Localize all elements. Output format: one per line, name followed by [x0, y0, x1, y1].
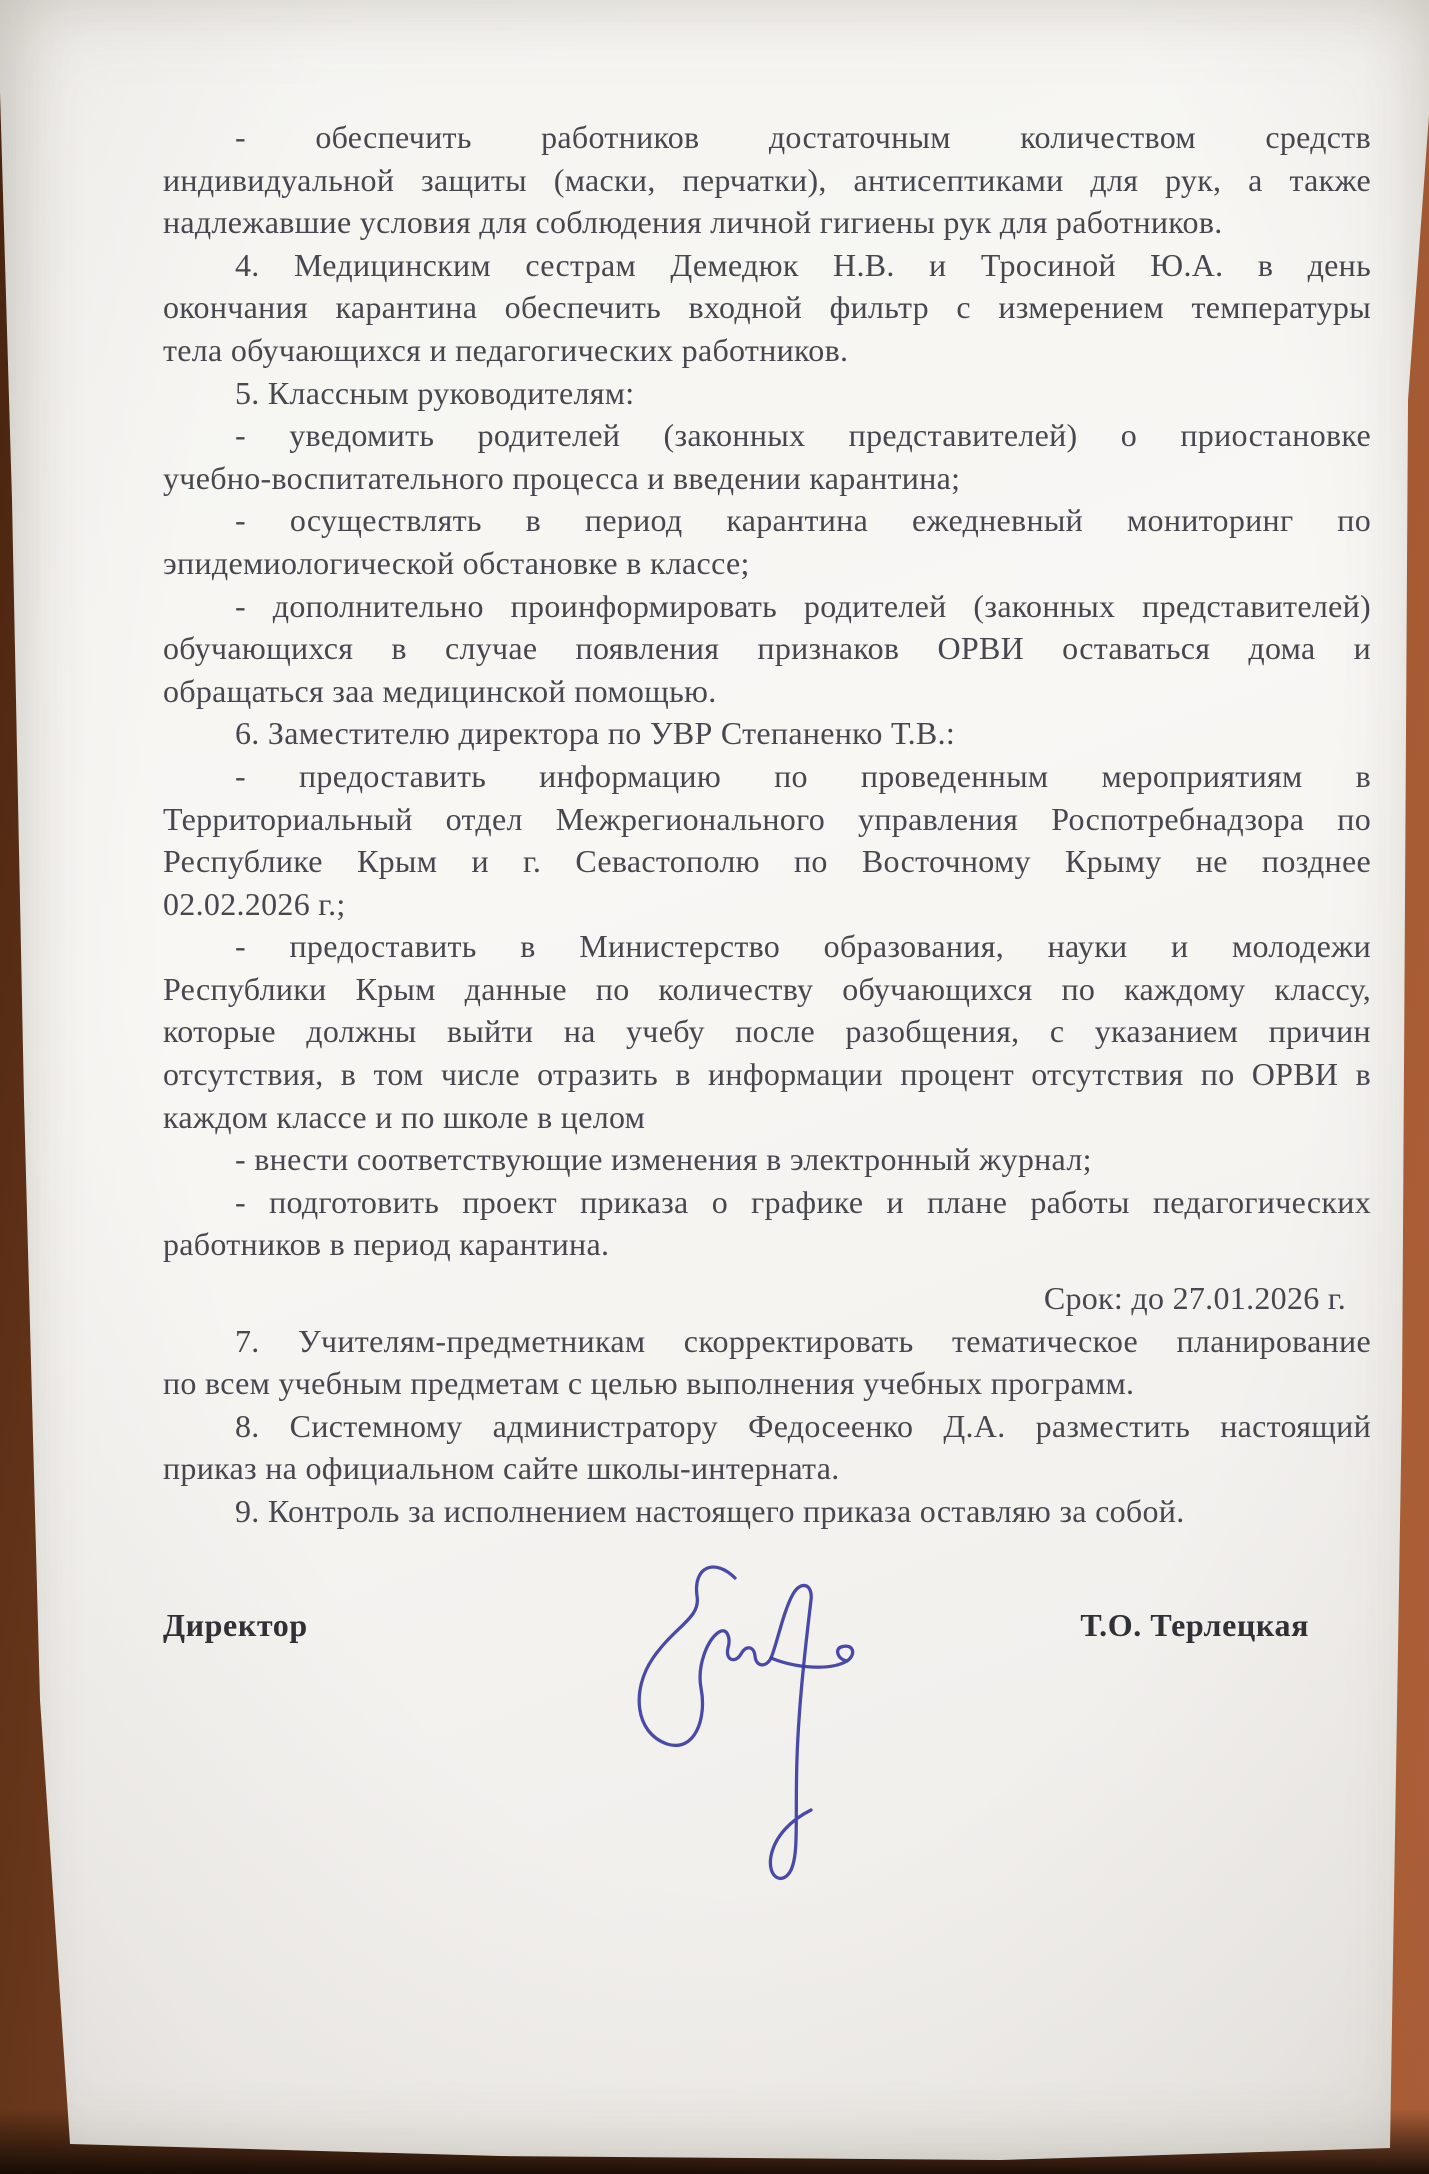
- text-line: Республики Крым данные по количеству обу…: [163, 968, 1371, 1011]
- paragraph: 6. Заместителю директора по УВР Степанен…: [163, 712, 1371, 755]
- text-line: обучающихся в случае появления признаков…: [163, 627, 1371, 670]
- text-line: тела обучающихся и педагогических работн…: [163, 329, 1371, 372]
- paragraph: - подготовить проект приказа о графике и…: [163, 1181, 1371, 1266]
- paragraph: 9. Контроль за исполнением настоящего пр…: [163, 1490, 1371, 1533]
- paragraph: 5. Классным руководителям:: [163, 372, 1371, 415]
- text-line: 8. Системному администратору Федосеенко …: [163, 1405, 1371, 1448]
- text-line: 7. Учителям-предметникам скорректировать…: [163, 1320, 1371, 1363]
- document-text: - обеспечить работников достаточным коли…: [163, 116, 1371, 1646]
- paragraph: 4. Медицинским сестрам Демедюк Н.В. и Тр…: [163, 244, 1371, 372]
- text-line: - дополнительно проинформировать родител…: [163, 585, 1371, 628]
- text-line: - обеспечить работников достаточным коли…: [163, 116, 1371, 159]
- text-line: - уведомить родителей (законных представ…: [163, 414, 1371, 457]
- text-line: - подготовить проект приказа о графике и…: [163, 1181, 1371, 1224]
- paragraph: - обеспечить работников достаточным коли…: [163, 116, 1371, 244]
- text-line: окончания карантина обеспечить входной ф…: [163, 286, 1371, 329]
- deadline-line: Срок: до 27.01.2026 г.: [163, 1277, 1371, 1320]
- signature-block: Директор Т.О. Терлецкая: [163, 1604, 1371, 1647]
- text-line: 9. Контроль за исполнением настоящего пр…: [163, 1490, 1371, 1533]
- text-line: обращаться заа медицинской помощью.: [163, 670, 1371, 713]
- paragraph: 7. Учителям-предметникам скорректировать…: [163, 1320, 1371, 1405]
- text-line: 6. Заместителю директора по УВР Степанен…: [163, 712, 1371, 755]
- paragraph: - осуществлять в период карантина ежедне…: [163, 499, 1371, 584]
- document-page: - обеспечить работников достаточным коли…: [0, 0, 1429, 2174]
- text-line: индивидуальной защиты (маски, перчатки),…: [163, 159, 1371, 202]
- paragraph: 8. Системному администратору Федосеенко …: [163, 1405, 1371, 1490]
- text-line: надлежавшие условия для соблюдения лично…: [163, 201, 1371, 244]
- paragraph: - внести соответствующие изменения в эле…: [163, 1138, 1371, 1181]
- text-line: приказ на официальном сайте школы-интерн…: [163, 1447, 1371, 1490]
- signature-name: Т.О. Терлецкая: [1080, 1604, 1309, 1647]
- paragraph: - уведомить родителей (законных представ…: [163, 414, 1371, 499]
- text-line: работников в период карантина.: [163, 1223, 1371, 1266]
- photo-background: - обеспечить работников достаточным коли…: [0, 0, 1429, 2174]
- text-line: которые должны выйти на учебу после разо…: [163, 1010, 1371, 1053]
- text-line: 5. Классным руководителям:: [163, 372, 1371, 415]
- text-line: Территориальный отдел Межрегионального у…: [163, 798, 1371, 841]
- paragraph: - предоставить в Министерство образовани…: [163, 925, 1371, 1138]
- text-line: - предоставить информацию по проведенным…: [163, 755, 1371, 798]
- text-line: учебно-воспитательного процесса и введен…: [163, 457, 1371, 500]
- text-line: 4. Медицинским сестрам Демедюк Н.В. и Тр…: [163, 244, 1371, 287]
- text-line: Республике Крым и г. Севастополю по Вост…: [163, 840, 1371, 883]
- text-line: отсутствия, в том числе отразить в инфор…: [163, 1053, 1371, 1096]
- paragraph: - предоставить информацию по проведенным…: [163, 755, 1371, 925]
- text-line: - внести соответствующие изменения в эле…: [163, 1138, 1371, 1181]
- text-line: каждом классе и по школе в целом: [163, 1096, 1371, 1139]
- text-line: - предоставить в Министерство образовани…: [163, 925, 1371, 968]
- text-line: 02.02.2026 г.;: [163, 883, 1371, 926]
- text-line: по всем учебным предметам с целью выполн…: [163, 1362, 1371, 1405]
- text-line: эпидемиологической обстановке в классе;: [163, 542, 1371, 585]
- signature-role-label: Директор: [163, 1604, 308, 1647]
- text-line: - осуществлять в период карантина ежедне…: [163, 499, 1371, 542]
- paragraph: - дополнительно проинформировать родител…: [163, 585, 1371, 713]
